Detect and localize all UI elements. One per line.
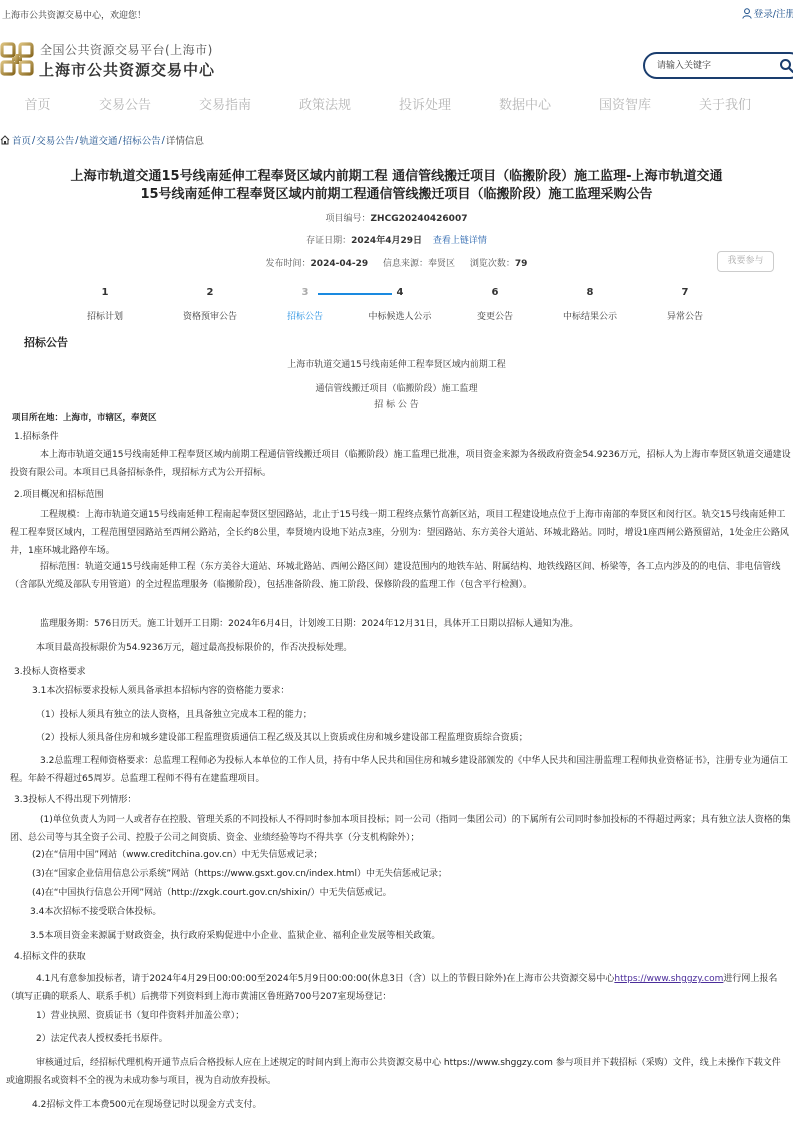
join-button[interactable]: 我要参与	[717, 251, 774, 272]
section-3-5: 3.5本项目资金来源属于财政资金，执行政府采购促进中小企业、监狱企业、福利企业发…	[30, 927, 793, 945]
shggzy-link[interactable]: https://www.shggzy.com	[614, 974, 723, 984]
doc-heading-1: 上海市轨道交通15号线南延伸工程奉贤区域内前期工程	[0, 357, 793, 370]
source-value: 奉贤区	[428, 259, 455, 269]
section-title: 招标公告	[24, 334, 68, 350]
section-2-para-4: 本项目最高投标限价为54.9236万元，超过最高投标限价的，作否决投标处理。	[36, 639, 793, 657]
nav-home[interactable]: 首页	[0, 92, 75, 120]
top-bar: 上海市公共资源交易中心，欢迎您！ 登录/注册	[0, 0, 793, 28]
section-2-para-3: 监理服务期：576日历天。施工计划开工日期：2024年6月4日，计划竣工日期：2…	[40, 615, 793, 633]
section-4-1b: 2）法定代表人授权委托书原件。	[36, 1030, 793, 1048]
main-nav: 首页 交易公告 交易指南 政策法规 投诉处理 数据中心 国资智库 关于我们	[0, 92, 793, 120]
section-3-3b: (2)在“信用中国”网站（www.creditchina.gov.cn）中无失信…	[32, 846, 793, 864]
project-no-label: 项目编号：	[326, 214, 371, 224]
section-3-2: 3.2总监理工程师资格要求：总监理工程师必为投标人本单位的工作人员，持有中华人民…	[10, 752, 793, 788]
cert-date-label: 存证日期：	[306, 236, 351, 246]
step-item[interactable]: 1招标计划	[60, 287, 150, 322]
section-3-1b: （2）投标人须具备住房和城乡建设部工程监理资质通信工程乙级及其以上资质或住房和城…	[36, 729, 793, 747]
nav-think-tank[interactable]: 国资智库	[575, 92, 675, 120]
search-box	[643, 52, 793, 79]
brand-title: 上海市公共资源交易中心	[39, 59, 215, 80]
publish-label: 发布时间：	[266, 259, 311, 269]
publish-info-row: 发布时间：2024-04-29 信息来源：奉贤区 浏览次数：79	[0, 256, 793, 269]
nav-complaint[interactable]: 投诉处理	[375, 92, 475, 120]
title-line-1: 上海市轨道交通15号线南延伸工程奉贤区域内前期工程 通信管线搬迁项目（临搬阶段）…	[30, 168, 763, 186]
search-input[interactable]	[657, 59, 767, 73]
section-2-para-1: 工程规模：上海市轨道交通15号线南延伸工程南起奉贤区望园路站，北止于15号线一期…	[10, 506, 793, 560]
breadcrumb-tender-notice[interactable]: 招标公告	[123, 133, 161, 147]
section-4-title: 4.招标文件的获取	[14, 948, 793, 966]
section-4-1c: 审核通过后，经招标代理机构开通节点后合格投标人应在上述规定的时间内到上海市公共资…	[6, 1054, 789, 1090]
publish-date: 2024-04-29	[311, 259, 369, 269]
home-icon	[0, 135, 10, 145]
search-icon[interactable]	[779, 58, 793, 74]
breadcrumb-current: 详情信息	[166, 133, 204, 147]
step-item[interactable]: 6变更公告	[450, 287, 540, 322]
nav-policy[interactable]: 政策法规	[275, 92, 375, 120]
step-item-active[interactable]: 3招标公告	[260, 287, 350, 322]
breadcrumb-rail-transit[interactable]: 轨道交通	[79, 133, 117, 147]
project-number-row: 项目编号：ZHCG20240426007	[0, 211, 793, 224]
step-item[interactable]: 2资格预审公告	[165, 287, 255, 322]
page-title: 上海市轨道交通15号线南延伸工程奉贤区域内前期工程 通信管线搬迁项目（临搬阶段）…	[30, 168, 763, 204]
section-4-1a: 1）营业执照、资质证书（复印件资料并加盖公章）；	[36, 1007, 793, 1025]
section-2-para-2: 招标范围：轨道交通15号线南延伸工程（东方美谷大道站、环城北路站、西闸公路区间）…	[10, 558, 793, 594]
nav-trade-notice[interactable]: 交易公告	[75, 92, 175, 120]
nav-trade-guide[interactable]: 交易指南	[175, 92, 275, 120]
logo-icon[interactable]	[0, 42, 34, 76]
section-3-3c: (3)在“国家企业信用信息公示系统”网站（https://www.gsxt.go…	[32, 865, 793, 883]
section-2-title: 2.项目概况和招标范围	[14, 486, 793, 504]
section-3-3: 3.3投标人不得出现下列情形：	[14, 791, 793, 809]
breadcrumb-trade-notice[interactable]: 交易公告	[36, 133, 74, 147]
project-location: 项目所在地：上海市，市辖区，奉贤区	[12, 409, 793, 427]
section-4-2: 4.2招标文件工本费500元在现场登记时以现金方式支付。	[32, 1096, 793, 1114]
views-label: 浏览次数：	[470, 259, 515, 269]
process-steps: 1招标计划 2资格预审公告 3招标公告 4中标候选人公示 6变更公告 8中标结果…	[60, 287, 740, 327]
brand-subtitle: 全国公共资源交易平台(上海市)	[40, 41, 213, 58]
login-label: 登录/注册	[754, 6, 793, 20]
section-1-title: 1.招标条件	[14, 428, 793, 446]
view-chain-link[interactable]: 查看上链详情	[433, 236, 487, 246]
section-3-3d: (4)在“中国执行信息公开网”网站（http://zxgk.court.gov.…	[32, 884, 793, 902]
views-count: 79	[515, 259, 528, 269]
step-item[interactable]: 4中标候选人公示	[355, 287, 445, 322]
cert-date-value: 2024年4月29日	[351, 236, 422, 246]
section-1-para: 本上海市轨道交通15号线南延伸工程奉贤区域内前期工程通信管线搬迁项目（临搬阶段）…	[10, 446, 793, 482]
breadcrumb: 首页/ 交易公告/ 轨道交通/ 招标公告/ 详情信息	[0, 133, 204, 147]
title-line-2: 15号线南延伸工程奉贤区域内前期工程通信管线搬迁项目（临搬阶段）施工监理采购公告	[30, 186, 763, 204]
project-no-value: ZHCG20240426007	[371, 214, 468, 224]
section-3-title: 3.投标人资格要求	[14, 663, 793, 681]
section-4-1: 4.1凡有意参加投标者，请于2024年4月29日00:00:00至2024年5月…	[6, 970, 789, 1006]
breadcrumb-home[interactable]: 首页	[12, 133, 31, 147]
login-link[interactable]: 登录/注册	[742, 6, 793, 20]
step-item[interactable]: 7异常公告	[640, 287, 730, 322]
nav-about[interactable]: 关于我们	[675, 92, 775, 120]
section-3-4: 3.4本次招标不接受联合体投标。	[30, 903, 793, 921]
step-item[interactable]: 8中标结果公示	[545, 287, 635, 322]
section-3-1a: （1）投标人须具有独立的法人资格，且具备独立完成本工程的能力；	[36, 706, 793, 724]
welcome-text: 上海市公共资源交易中心，欢迎您！	[2, 8, 146, 21]
source-label: 信息来源：	[383, 259, 428, 269]
section-3-1: 3.1本次招标要求投标人须具备承担本招标内容的资格能力要求：	[32, 682, 793, 700]
section-3-3a: (1)单位负责人为同一人或者存在控股、管理关系的不同投标人不得同时参加本项目投标…	[10, 811, 793, 847]
doc-heading-2: 通信管线搬迁项目（临搬阶段）施工监理	[0, 381, 793, 394]
cert-date-row: 存证日期：2024年4月29日 查看上链详情	[0, 233, 793, 246]
nav-data-center[interactable]: 数据中心	[475, 92, 575, 120]
user-icon	[742, 8, 752, 19]
